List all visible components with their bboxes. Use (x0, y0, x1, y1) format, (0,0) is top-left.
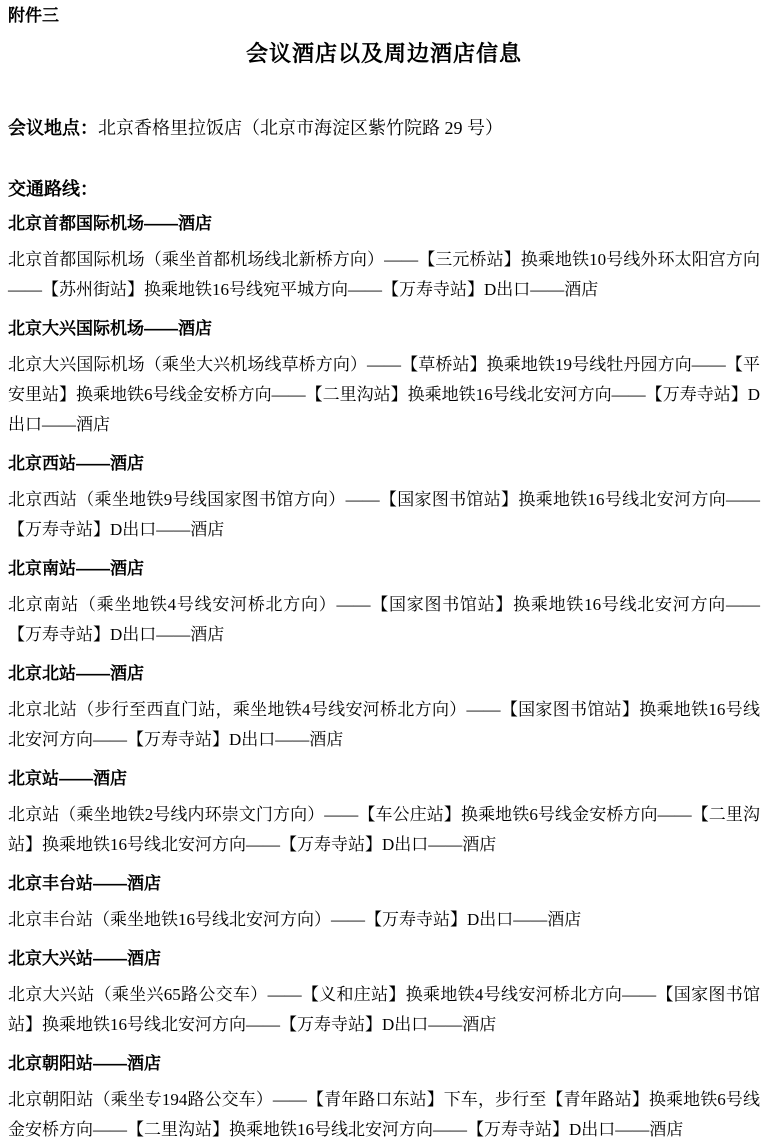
route-heading: 北京丰台站——酒店 (8, 874, 760, 893)
route-section-capital-airport: 北京首都国际机场——酒店 北京首都国际机场（乘坐首都机场线北新桥方向）——【三元… (8, 214, 760, 305)
route-detail: 北京站（乘坐地铁2号线内环崇文门方向）——【车公庄站】换乘地铁6号线金安桥方向—… (8, 800, 760, 860)
route-detail: 北京南站（乘坐地铁4号线安河桥北方向）——【国家图书馆站】换乘地铁16号线北安河… (8, 590, 760, 650)
route-section-fengtai-station: 北京丰台站——酒店 北京丰台站（乘坐地铁16号线北安河方向）——【万寿寺站】D出… (8, 874, 760, 935)
route-detail: 北京大兴国际机场（乘坐大兴机场线草桥方向）——【草桥站】换乘地铁19号线牡丹园方… (8, 350, 760, 440)
route-section-daxing-station: 北京大兴站——酒店 北京大兴站（乘坐兴65路公交车）——【义和庄站】换乘地铁4号… (8, 949, 760, 1040)
route-detail: 北京大兴站（乘坐兴65路公交车）——【义和庄站】换乘地铁4号线安河桥北方向——【… (8, 980, 760, 1040)
route-section-west-station: 北京西站——酒店 北京西站（乘坐地铁9号线国家图书馆方向）——【国家图书馆站】换… (8, 454, 760, 545)
route-section-daxing-airport: 北京大兴国际机场——酒店 北京大兴国际机场（乘坐大兴机场线草桥方向）——【草桥站… (8, 319, 760, 440)
route-section-beijing-station: 北京站——酒店 北京站（乘坐地铁2号线内环崇文门方向）——【车公庄站】换乘地铁6… (8, 769, 760, 860)
route-heading: 北京大兴国际机场——酒店 (8, 319, 760, 338)
venue-label: 会议地点： (8, 118, 98, 138)
route-heading: 北京首都国际机场——酒店 (8, 214, 760, 233)
route-heading: 北京朝阳站——酒店 (8, 1054, 760, 1073)
route-section-chaoyang-station: 北京朝阳站——酒店 北京朝阳站（乘坐专194路公交车）——【青年路口东站】下车，… (8, 1054, 760, 1142)
document-page: 附件三 会议酒店以及周边酒店信息 会议地点：北京香格里拉饭店（北京市海淀区紫竹院… (0, 0, 768, 1142)
page-title: 会议酒店以及周边酒店信息 (8, 41, 760, 67)
route-detail: 北京朝阳站（乘坐专194路公交车）——【青年路口东站】下车，步行至【青年路站】换… (8, 1085, 760, 1142)
route-section-north-station: 北京北站——酒店 北京北站（步行至西直门站，乘坐地铁4号线安河桥北方向）——【国… (8, 664, 760, 755)
venue-line: 会议地点：北京香格里拉饭店（北京市海淀区紫竹院路 29 号） (8, 117, 760, 140)
route-heading: 北京南站——酒店 (8, 559, 760, 578)
route-detail: 北京西站（乘坐地铁9号线国家图书馆方向）——【国家图书馆站】换乘地铁16号线北安… (8, 485, 760, 545)
route-detail: 北京北站（步行至西直门站，乘坐地铁4号线安河桥北方向）——【国家图书馆站】换乘地… (8, 695, 760, 755)
attachment-label: 附件三 (8, 6, 760, 26)
route-heading: 北京西站——酒店 (8, 454, 760, 473)
route-detail: 北京首都国际机场（乘坐首都机场线北新桥方向）——【三元桥站】换乘地铁10号线外环… (8, 245, 760, 305)
routes-header: 交通路线： (8, 179, 760, 200)
route-detail: 北京丰台站（乘坐地铁16号线北安河方向）——【万寿寺站】D出口——酒店 (8, 905, 760, 935)
route-heading: 北京北站——酒店 (8, 664, 760, 683)
route-heading: 北京站——酒店 (8, 769, 760, 788)
route-heading: 北京大兴站——酒店 (8, 949, 760, 968)
route-section-south-station: 北京南站——酒店 北京南站（乘坐地铁4号线安河桥北方向）——【国家图书馆站】换乘… (8, 559, 760, 650)
venue-value: 北京香格里拉饭店（北京市海淀区紫竹院路 29 号） (98, 118, 503, 138)
